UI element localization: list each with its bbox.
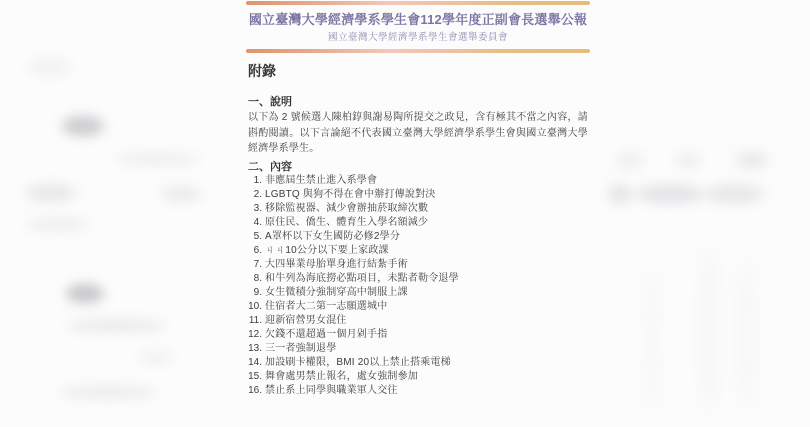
blur-artifact (705, 184, 765, 204)
policy-item-text: 禁止系上同學與職業軍人交往 (265, 384, 398, 398)
blur-artifact (66, 284, 104, 303)
blur-artifact (26, 217, 88, 232)
blur-artifact (735, 151, 768, 169)
policy-item-number: 11. (246, 314, 262, 328)
policy-item-number: 6. (246, 244, 262, 258)
policy-item-number: 7. (246, 258, 262, 272)
policy-item: 5.A罩杯以下女生國防必修2學分 (246, 230, 590, 244)
bulletin-subtitle: 國立臺灣大學經濟學系學生會選舉委員會 (246, 32, 590, 44)
policy-item: 2.LGBTQ 與狗不得在會中辦打傳說對決 (246, 188, 590, 202)
blur-artifact (25, 184, 77, 202)
policy-item-text: 非應屆生禁止進入系學會 (265, 174, 377, 188)
header-accent-bar-bottom (246, 49, 590, 53)
policy-item: 7.大四畢業母胎單身進行結紮手術 (246, 258, 590, 272)
blur-artifact (115, 152, 200, 166)
bulletin-title: 國立臺灣大學經濟學系學生會112學年度正副會長選舉公報 (246, 11, 590, 29)
policy-item-number: 15. (246, 370, 262, 384)
policy-item-number: 10. (246, 300, 262, 314)
policy-item-text: ㄐㄐ10公分以下要上家政課 (265, 244, 389, 258)
policy-item-number: 13. (246, 342, 262, 356)
header-accent-bar-top (246, 1, 590, 5)
policy-item-text: 移除監視器、減少會辦抽菸取締次數 (265, 202, 428, 216)
section-heading-content: 二、內容 (246, 160, 590, 174)
blur-artifact (58, 386, 158, 399)
policy-item: 9.女生微積分強制穿高中制服上課 (246, 286, 590, 300)
appendix-heading: 附錄 (246, 62, 590, 80)
policy-item-text: A罩杯以下女生國防必修2學分 (265, 230, 400, 244)
blur-artifact (636, 184, 704, 204)
policy-item: 6.ㄐㄐ10公分以下要上家政課 (246, 244, 590, 258)
blur-artifact (608, 184, 632, 204)
policy-item: 4.原住民、僑生、體育生入學名額減少 (246, 216, 590, 230)
policy-item-text: 住宿者大二第一志願選城中 (265, 300, 387, 314)
policy-item-number: 16. (246, 384, 262, 398)
blur-artifact (645, 270, 659, 410)
policy-item: 8.和牛列為海底撈必點項目，未點者勒令退學 (246, 272, 590, 286)
policy-item: 15.舞會處男禁止報名，處女強制參加 (246, 370, 590, 384)
policy-item-number: 12. (246, 328, 262, 342)
policy-item: 11.迎新宿營男女混住 (246, 314, 590, 328)
policy-list: 1.非應屆生禁止進入系學會 2.LGBTQ 與狗不得在會中辦打傳說對決 3.移除… (246, 174, 590, 398)
bulletin-document: 國立臺灣大學經濟學系學生會112學年度正副會長選舉公報 國立臺灣大學經濟學系學生… (246, 0, 590, 398)
policy-item-text: 迎新宿營男女混住 (265, 314, 347, 328)
page: { "header": { "title": "國立臺灣大學經濟學系學生會112… (0, 0, 810, 427)
policy-item-number: 14. (246, 356, 262, 370)
policy-item-number: 5. (246, 230, 262, 244)
policy-item-text: 女生微積分強制穿高中制服上課 (265, 286, 408, 300)
policy-item: 1.非應屆生禁止進入系學會 (246, 174, 590, 188)
policy-item-number: 2. (246, 188, 262, 202)
policy-item-text: 和牛列為海底撈必點項目，未點者勒令退學 (265, 272, 459, 286)
policy-item: 14.加設刷卡權限，BMI 20以上禁止搭乘電梯 (246, 356, 590, 370)
policy-item-text: 欠錢不還超過一個月剁手指 (265, 328, 387, 342)
policy-item-number: 4. (246, 216, 262, 230)
blur-artifact (700, 250, 718, 410)
blur-artifact (160, 186, 202, 202)
blur-artifact (66, 319, 166, 332)
blur-artifact (616, 152, 644, 169)
policy-item: 16.禁止系上同學與職業軍人交往 (246, 384, 590, 398)
blur-artifact (138, 352, 174, 363)
policy-item-text: 三一者強制退學 (265, 342, 336, 356)
policy-item-text: 原住民、僑生、體育生入學名額減少 (265, 216, 428, 230)
policy-item-text: 大四畢業母胎單身進行結紮手術 (265, 258, 408, 272)
policy-item-number: 8. (246, 272, 262, 286)
policy-item: 3.移除監視器、減少會辦抽菸取締次數 (246, 202, 590, 216)
section-heading-description: 一、說明 (246, 95, 590, 109)
policy-item-text: 舞會處男禁止報名，處女強制參加 (265, 370, 418, 384)
blur-artifact (27, 58, 72, 76)
blur-artifact (62, 116, 104, 136)
description-paragraph: 以下為 2 號候選人陳柏錞與謝易陶所提交之政見，含有極其不當之內容，請斟酌閱讀。… (246, 110, 588, 157)
policy-item: 12.欠錢不還超過一個月剁手指 (246, 328, 590, 342)
policy-item-text: LGBTQ 與狗不得在會中辦打傳說對決 (265, 188, 435, 202)
blur-artifact (740, 260, 754, 410)
policy-item: 10.住宿者大二第一志願選城中 (246, 300, 590, 314)
policy-item: 13.三一者強制退學 (246, 342, 590, 356)
policy-item-number: 9. (246, 286, 262, 300)
policy-item-number: 3. (246, 202, 262, 216)
blur-artifact (675, 152, 701, 169)
policy-item-number: 1. (246, 174, 262, 188)
policy-item-text: 加設刷卡權限，BMI 20以上禁止搭乘電梯 (265, 356, 451, 370)
